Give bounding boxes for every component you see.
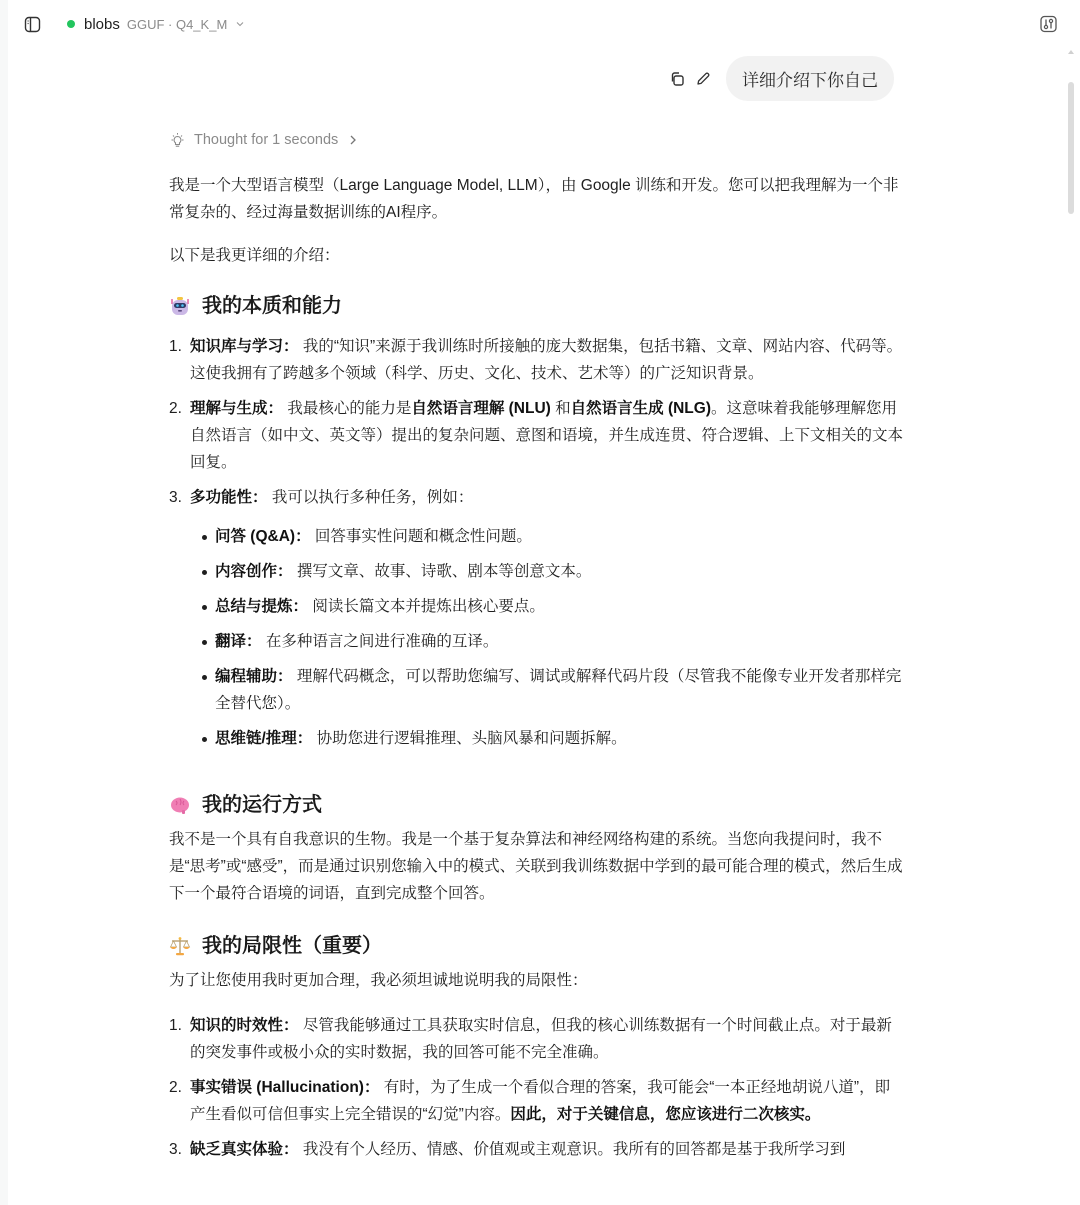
section-heading-operation: 我的运行方式 — [169, 790, 904, 820]
list-item: 3. 多功能性： 我可以执行多种任务，例如： 问答 (Q&A)： 回答事实性问题… — [169, 484, 904, 752]
section-title: 我的运行方式 — [202, 790, 322, 820]
list-item: 1. 知识的时效性： 尽管我能够通过工具获取实时信息，但我的核心训练数据有一个时… — [169, 1012, 904, 1066]
limitations-list: 1. 知识的时效性： 尽管我能够通过工具获取实时信息，但我的核心训练数据有一个时… — [169, 1012, 904, 1163]
sidebar-collapsed-edge — [0, 0, 8, 1205]
chevron-right-icon — [348, 134, 358, 146]
model-name: blobs — [84, 16, 120, 33]
bullet-item: 编程辅助： 理解代码概念，可以帮助您编写、调试或解释代码片段（尽管我不能像专业开… — [169, 663, 904, 717]
bullet-item: 内容创作： 撰写文章、故事、诗歌、剧本等创意文本。 — [169, 558, 904, 585]
bullet-item: 问答 (Q&A)： 回答事实性问题和概念性问题。 — [169, 523, 904, 550]
model-meta: GGUF · Q4_K_M — [127, 17, 227, 32]
copy-message-button[interactable] — [668, 70, 686, 88]
balance-scale-emoji-icon — [169, 935, 191, 957]
list-item: 3. 缺乏真实体验： 我没有个人经历、情感、价值观或主观意识。我所有的回答都是基… — [169, 1136, 904, 1163]
user-message-bubble: 详细介绍下你自己 — [726, 56, 894, 101]
sidebar-toggle-button[interactable] — [24, 16, 41, 33]
list-item: 1. 知识库与学习： 我的“知识”来源于我训练时所接触的庞大数据集，包括书籍、文… — [169, 333, 904, 387]
intro-paragraph: 我是一个大型语言模型（Large Language Model, LLM），由 … — [169, 172, 904, 226]
user-message-row: 详细介绍下你自己 — [668, 56, 894, 101]
edit-message-button[interactable] — [694, 70, 712, 88]
top-bar: blobs GGUF · Q4_K_M — [0, 0, 1080, 48]
section-title: 我的局限性（重要） — [202, 931, 382, 961]
lead-paragraph: 以下是我更详细的介绍： — [169, 242, 904, 269]
edit-pencil-icon — [695, 71, 711, 87]
scroll-thumb[interactable] — [1068, 82, 1074, 214]
chat-scrollbar[interactable] — [1066, 48, 1076, 1205]
chat-controls-button[interactable] — [1040, 15, 1057, 33]
chevron-down-icon — [235, 19, 245, 29]
section-heading-limitations: 我的局限性（重要） — [169, 931, 904, 961]
tasks-bullet-list: 问答 (Q&A)： 回答事实性问题和概念性问题。 内容创作： 撰写文章、故事、诗… — [169, 523, 904, 752]
model-selector[interactable]: blobs GGUF · Q4_K_M — [67, 14, 245, 34]
sliders-icon — [1040, 15, 1057, 33]
brain-emoji-icon — [169, 794, 191, 816]
list-item: 2. 事实错误 (Hallucination)： 有时，为了生成一个看似合理的答… — [169, 1074, 904, 1128]
capabilities-list: 1. 知识库与学习： 我的“知识”来源于我训练时所接触的庞大数据集，包括书籍、文… — [169, 333, 904, 752]
thought-label: Thought for 1 seconds — [194, 127, 338, 154]
model-status-dot — [67, 20, 75, 28]
bullet-item: 总结与提炼： 阅读长篇文本并提炼出核心要点。 — [169, 593, 904, 620]
lightbulb-icon — [169, 132, 186, 149]
section-title: 我的本质和能力 — [202, 291, 342, 321]
bullet-item: 翻译： 在多种语言之间进行准确的互译。 — [169, 628, 904, 655]
scroll-up-arrow[interactable] — [1068, 50, 1074, 54]
copy-icon — [669, 71, 685, 87]
section-heading-capabilities: 我的本质和能力 — [169, 291, 904, 321]
bullet-item: 思维链/推理： 协助您进行逻辑推理、头脑风暴和问题拆解。 — [169, 725, 904, 752]
thought-toggle[interactable]: Thought for 1 seconds — [169, 128, 904, 152]
robot-emoji-icon — [169, 295, 191, 317]
sidebar-icon — [24, 16, 41, 33]
limitations-intro: 为了让您使用我时更加合理，我必须坦诚地说明我的局限性： — [169, 967, 904, 994]
assistant-message: Thought for 1 seconds 我是一个大型语言模型（Large L… — [169, 128, 904, 1171]
list-item: 2. 理解与生成： 我最核心的能力是自然语言理解 (NLU) 和自然语言生成 (… — [169, 395, 904, 476]
operation-paragraph: 我不是一个具有自我意识的生物。我是一个基于复杂算法和神经网络构建的系统。当您向我… — [169, 826, 904, 907]
